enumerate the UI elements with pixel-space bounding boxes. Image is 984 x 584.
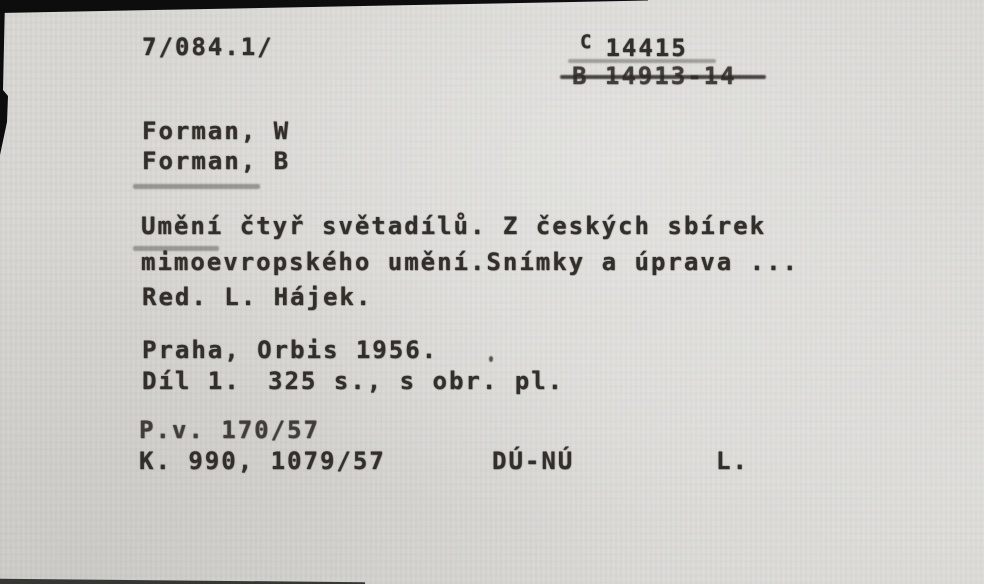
sigla: DÚ-NÚ [492,449,574,473]
title-line-1: Umění čtyř světadílů. Z českých sbírek [141,214,766,238]
strike-through-line [560,75,766,79]
title-line-3: Red. L. Hájek. [142,285,372,309]
author-line-2: Forman, B [142,149,290,173]
catalog-card: 7/084.1/ C14415 B 14913-14 Forman, W For… [0,0,984,584]
title-line-2: mimoevropského umění.Snímky a úprava ... [141,250,799,274]
note-pv: P.v. 170/57 [139,418,320,442]
scan-edge-top [0,0,648,13]
author-line-1: Forman, W [142,119,290,143]
volume-label: Díl 1. [142,369,241,393]
collation: 325 s., s obr. pl. [268,369,564,393]
author-underline [133,184,260,189]
accession-prefix: C [580,31,593,53]
scan-edge-bottom [0,577,365,584]
shelf-mark: 7/084.1/ [142,35,274,59]
imprint-line: Praha, Orbis 1956. [142,338,438,362]
accession-value: 14415 [605,34,687,62]
scan-edge-left [0,0,10,158]
note-k: K. 990, 1079/57 [139,449,386,473]
ink-dot [489,356,493,362]
accession-number: C14415 [580,33,688,60]
letter-mark: L. [716,449,749,473]
